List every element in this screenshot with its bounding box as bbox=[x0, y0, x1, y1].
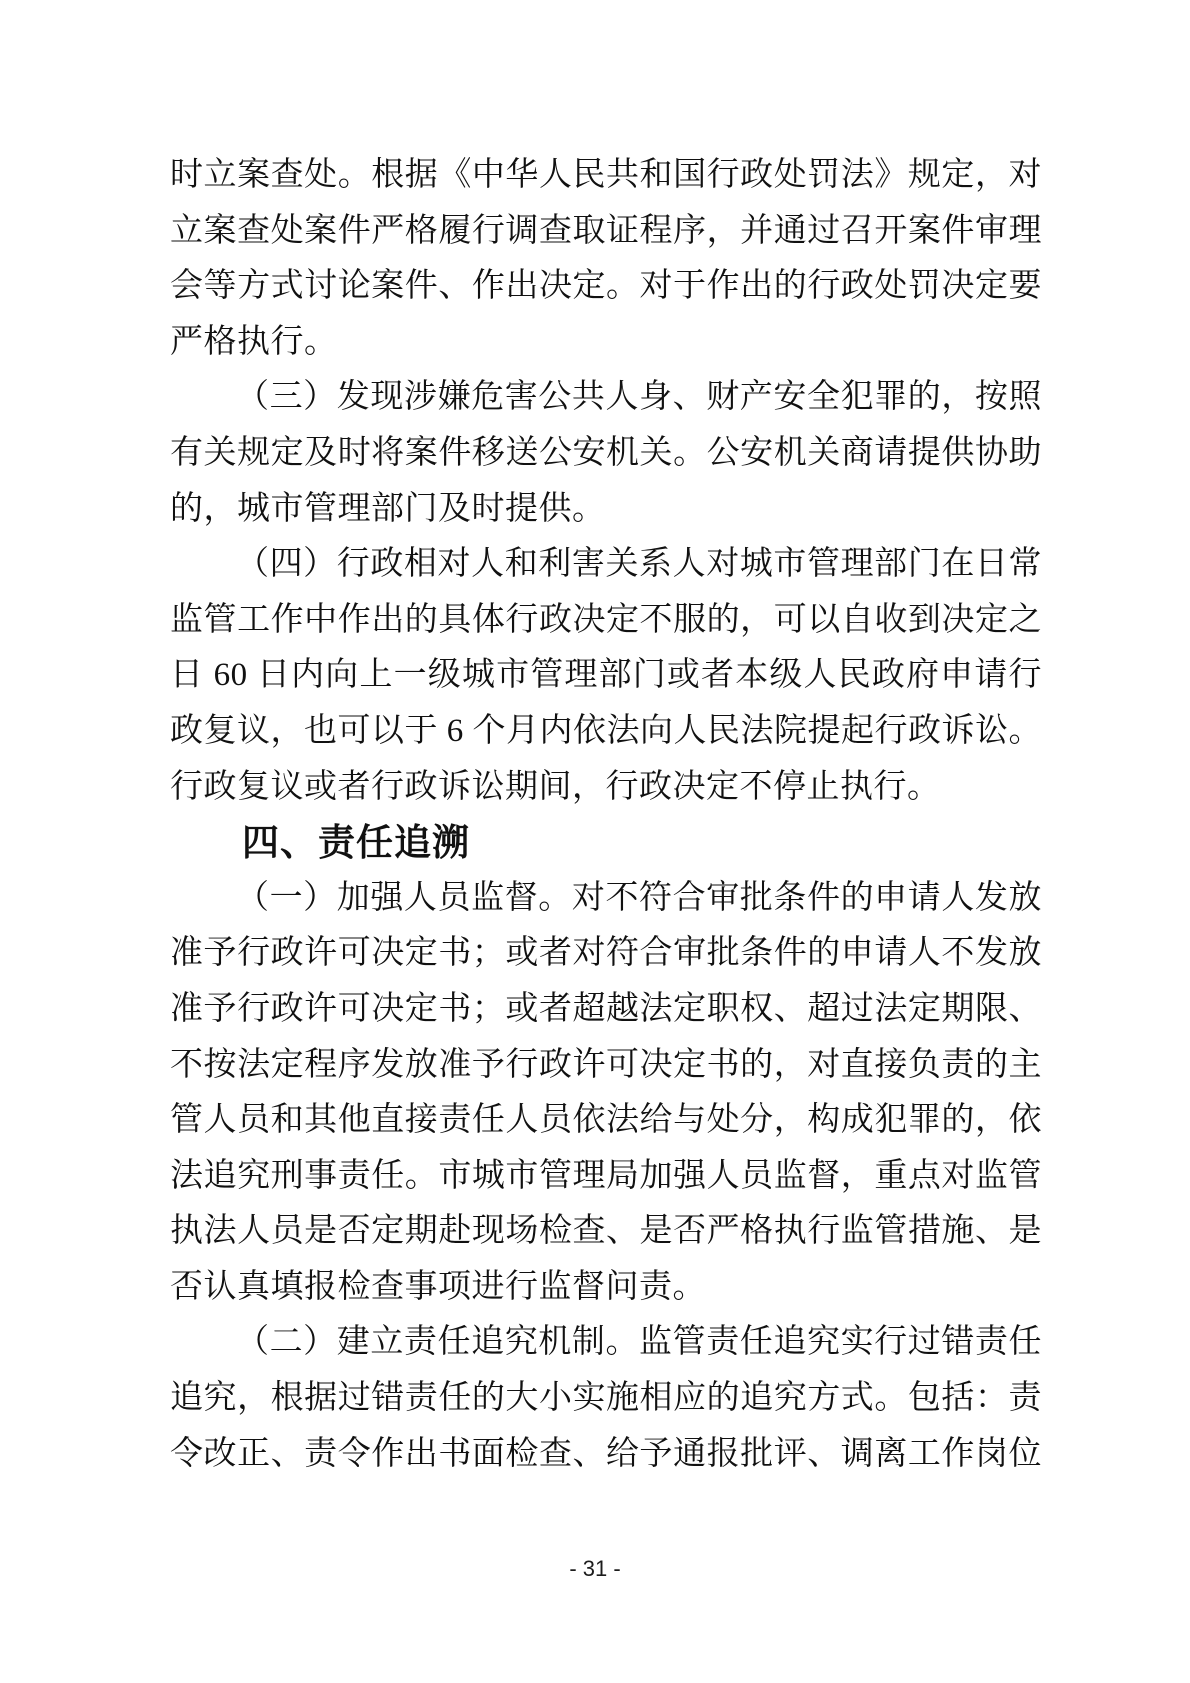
text-line: 严格执行。 bbox=[170, 315, 1042, 371]
document-body: 时立案查处。根据《中华人民共和国行政处罚法》规定，对立案查处案件严格履行调查取证… bbox=[170, 148, 1042, 1482]
text-line: 准予行政许可决定书；或者对符合审批条件的申请人不发放 bbox=[170, 926, 1042, 982]
text-line: 政复议，也可以于 6 个月内依法向人民法院提起行政诉讼。 bbox=[170, 704, 1042, 760]
text-line: （一）加强人员监督。对不符合审批条件的申请人发放 bbox=[170, 871, 1042, 927]
text-line: 令改正、责令作出书面检查、给予通报批评、调离工作岗位 bbox=[170, 1427, 1042, 1483]
text-line: 追究，根据过错责任的大小实施相应的追究方式。包括：责 bbox=[170, 1371, 1042, 1427]
text-line: （三）发现涉嫌危害公共人身、财产安全犯罪的，按照 bbox=[170, 370, 1042, 426]
text-line: （四）行政相对人和利害关系人对城市管理部门在日常 bbox=[170, 537, 1042, 593]
page-footer: - 31 - bbox=[0, 1556, 1190, 1582]
section-heading: 四、责任追溯 bbox=[170, 815, 1042, 871]
text-line: 不按法定程序发放准予行政许可决定书的，对直接负责的主 bbox=[170, 1038, 1042, 1094]
text-line: 监管工作中作出的具体行政决定不服的，可以自收到决定之 bbox=[170, 593, 1042, 649]
text-line: 有关规定及时将案件移送公安机关。公安机关商请提供协助 bbox=[170, 426, 1042, 482]
text-line: 执法人员是否定期赴现场检查、是否严格执行监管措施、是 bbox=[170, 1204, 1042, 1260]
text-line: 的，城市管理部门及时提供。 bbox=[170, 482, 1042, 538]
text-line: 行政复议或者行政诉讼期间，行政决定不停止执行。 bbox=[170, 760, 1042, 816]
text-line: （二）建立责任追究机制。监管责任追究实行过错责任 bbox=[170, 1315, 1042, 1371]
text-line: 准予行政许可决定书；或者超越法定职权、超过法定期限、 bbox=[170, 982, 1042, 1038]
text-line: 时立案查处。根据《中华人民共和国行政处罚法》规定，对 bbox=[170, 148, 1042, 204]
text-line: 立案查处案件严格履行调查取证程序，并通过召开案件审理 bbox=[170, 204, 1042, 260]
text-line: 会等方式讨论案件、作出决定。对于作出的行政处罚决定要 bbox=[170, 259, 1042, 315]
text-line: 法追究刑事责任。市城市管理局加强人员监督，重点对监管 bbox=[170, 1149, 1042, 1205]
text-line: 管人员和其他直接责任人员依法给与处分，构成犯罪的，依 bbox=[170, 1093, 1042, 1149]
document-page: 时立案查处。根据《中华人民共和国行政处罚法》规定，对立案查处案件严格履行调查取证… bbox=[0, 0, 1190, 1683]
text-line: 否认真填报检查事项进行监督问责。 bbox=[170, 1260, 1042, 1316]
text-line: 日 60 日内向上一级城市管理部门或者本级人民政府申请行 bbox=[170, 648, 1042, 704]
page-number: - 31 - bbox=[569, 1556, 620, 1581]
